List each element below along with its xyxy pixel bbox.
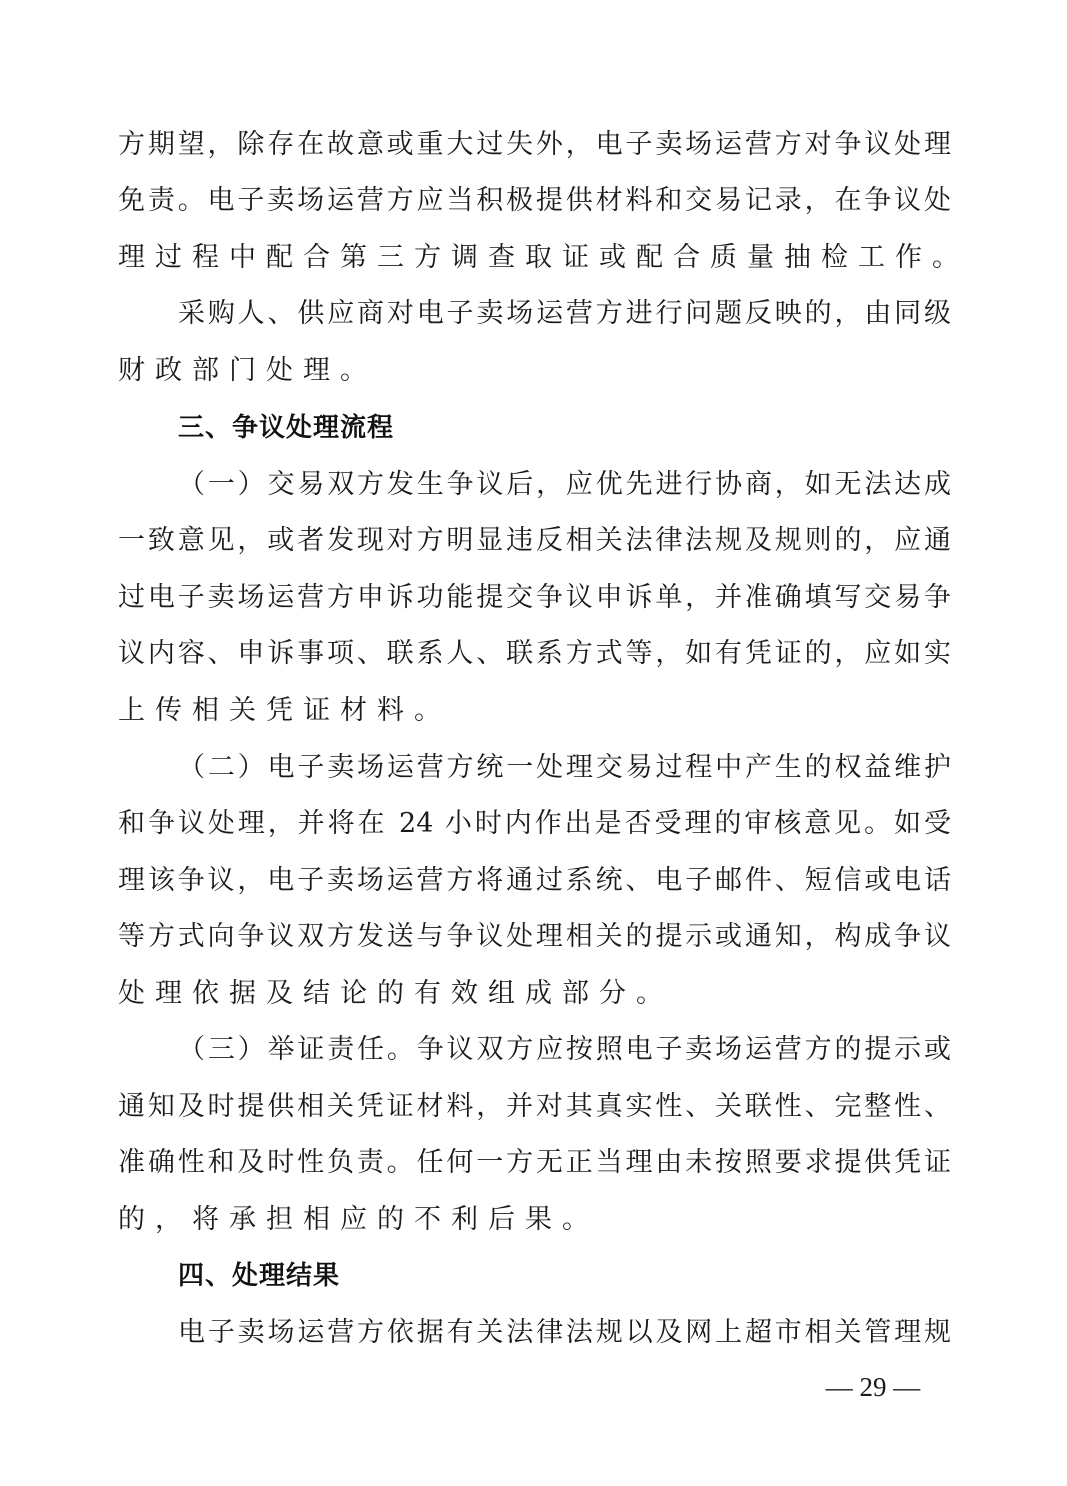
paragraph-line: 的，将承担相应的不利后果。: [118, 1200, 951, 1240]
paragraph-line: （三）举证责任。争议双方应按照电子卖场运营方的提示或: [178, 1030, 951, 1070]
paragraph-line: 上传相关凭证材料。: [118, 691, 951, 731]
paragraph-line: 通知及时提供相关凭证材料，并对其真实性、关联性、完整性、: [118, 1087, 951, 1127]
paragraph-line: 电子卖场运营方依据有关法律法规以及网上超市相关管理规: [178, 1313, 951, 1353]
paragraph-line: 采购人、供应商对电子卖场运营方进行问题反映的，由同级: [178, 294, 951, 334]
paragraph-line: 理过程中配合第三方调查取证或配合质量抽检工作。: [118, 238, 951, 278]
paragraph-line: 议内容、申诉事项、联系人、联系方式等，如有凭证的，应如实: [118, 634, 951, 674]
paragraph-line: 和争议处理，并将在 24 小时内作出是否受理的审核意见。如受: [118, 804, 951, 844]
paragraph-line: 一致意见，或者发现对方明显违反相关法律法规及规则的，应通: [118, 521, 951, 561]
paragraph-line: 理该争议，电子卖场运营方将通过系统、电子邮件、短信或电话: [118, 861, 951, 901]
paragraph-line: 等方式向争议双方发送与争议处理相关的提示或通知，构成争议: [118, 917, 951, 957]
section-heading-4: 四、处理结果: [178, 1256, 340, 1296]
paragraph-line: （一）交易双方发生争议后，应优先进行协商，如无法达成: [178, 465, 951, 505]
paragraph-line: 免责。电子卖场运营方应当积极提供材料和交易记录，在争议处: [118, 181, 951, 221]
page-number: — 29 —: [818, 1370, 928, 1404]
section-heading-3: 三、争议处理流程: [178, 408, 394, 448]
paragraph-line: 财政部门处理。: [118, 351, 951, 391]
paragraph-line: （二）电子卖场运营方统一处理交易过程中产生的权益维护: [178, 748, 951, 788]
paragraph-line: 方期望，除存在故意或重大过失外，电子卖场运营方对争议处理: [118, 125, 951, 165]
paragraph-line: 处理依据及结论的有效组成部分。: [118, 974, 951, 1014]
paragraph-line: 过电子卖场运营方申诉功能提交争议申诉单，并准确填写交易争: [118, 578, 951, 618]
document-page: 方期望，除存在故意或重大过失外，电子卖场运营方对争议处理 免责。电子卖场运营方应…: [0, 0, 1067, 1486]
paragraph-line: 准确性和及时性负责。任何一方无正当理由未按照要求提供凭证: [118, 1143, 951, 1183]
